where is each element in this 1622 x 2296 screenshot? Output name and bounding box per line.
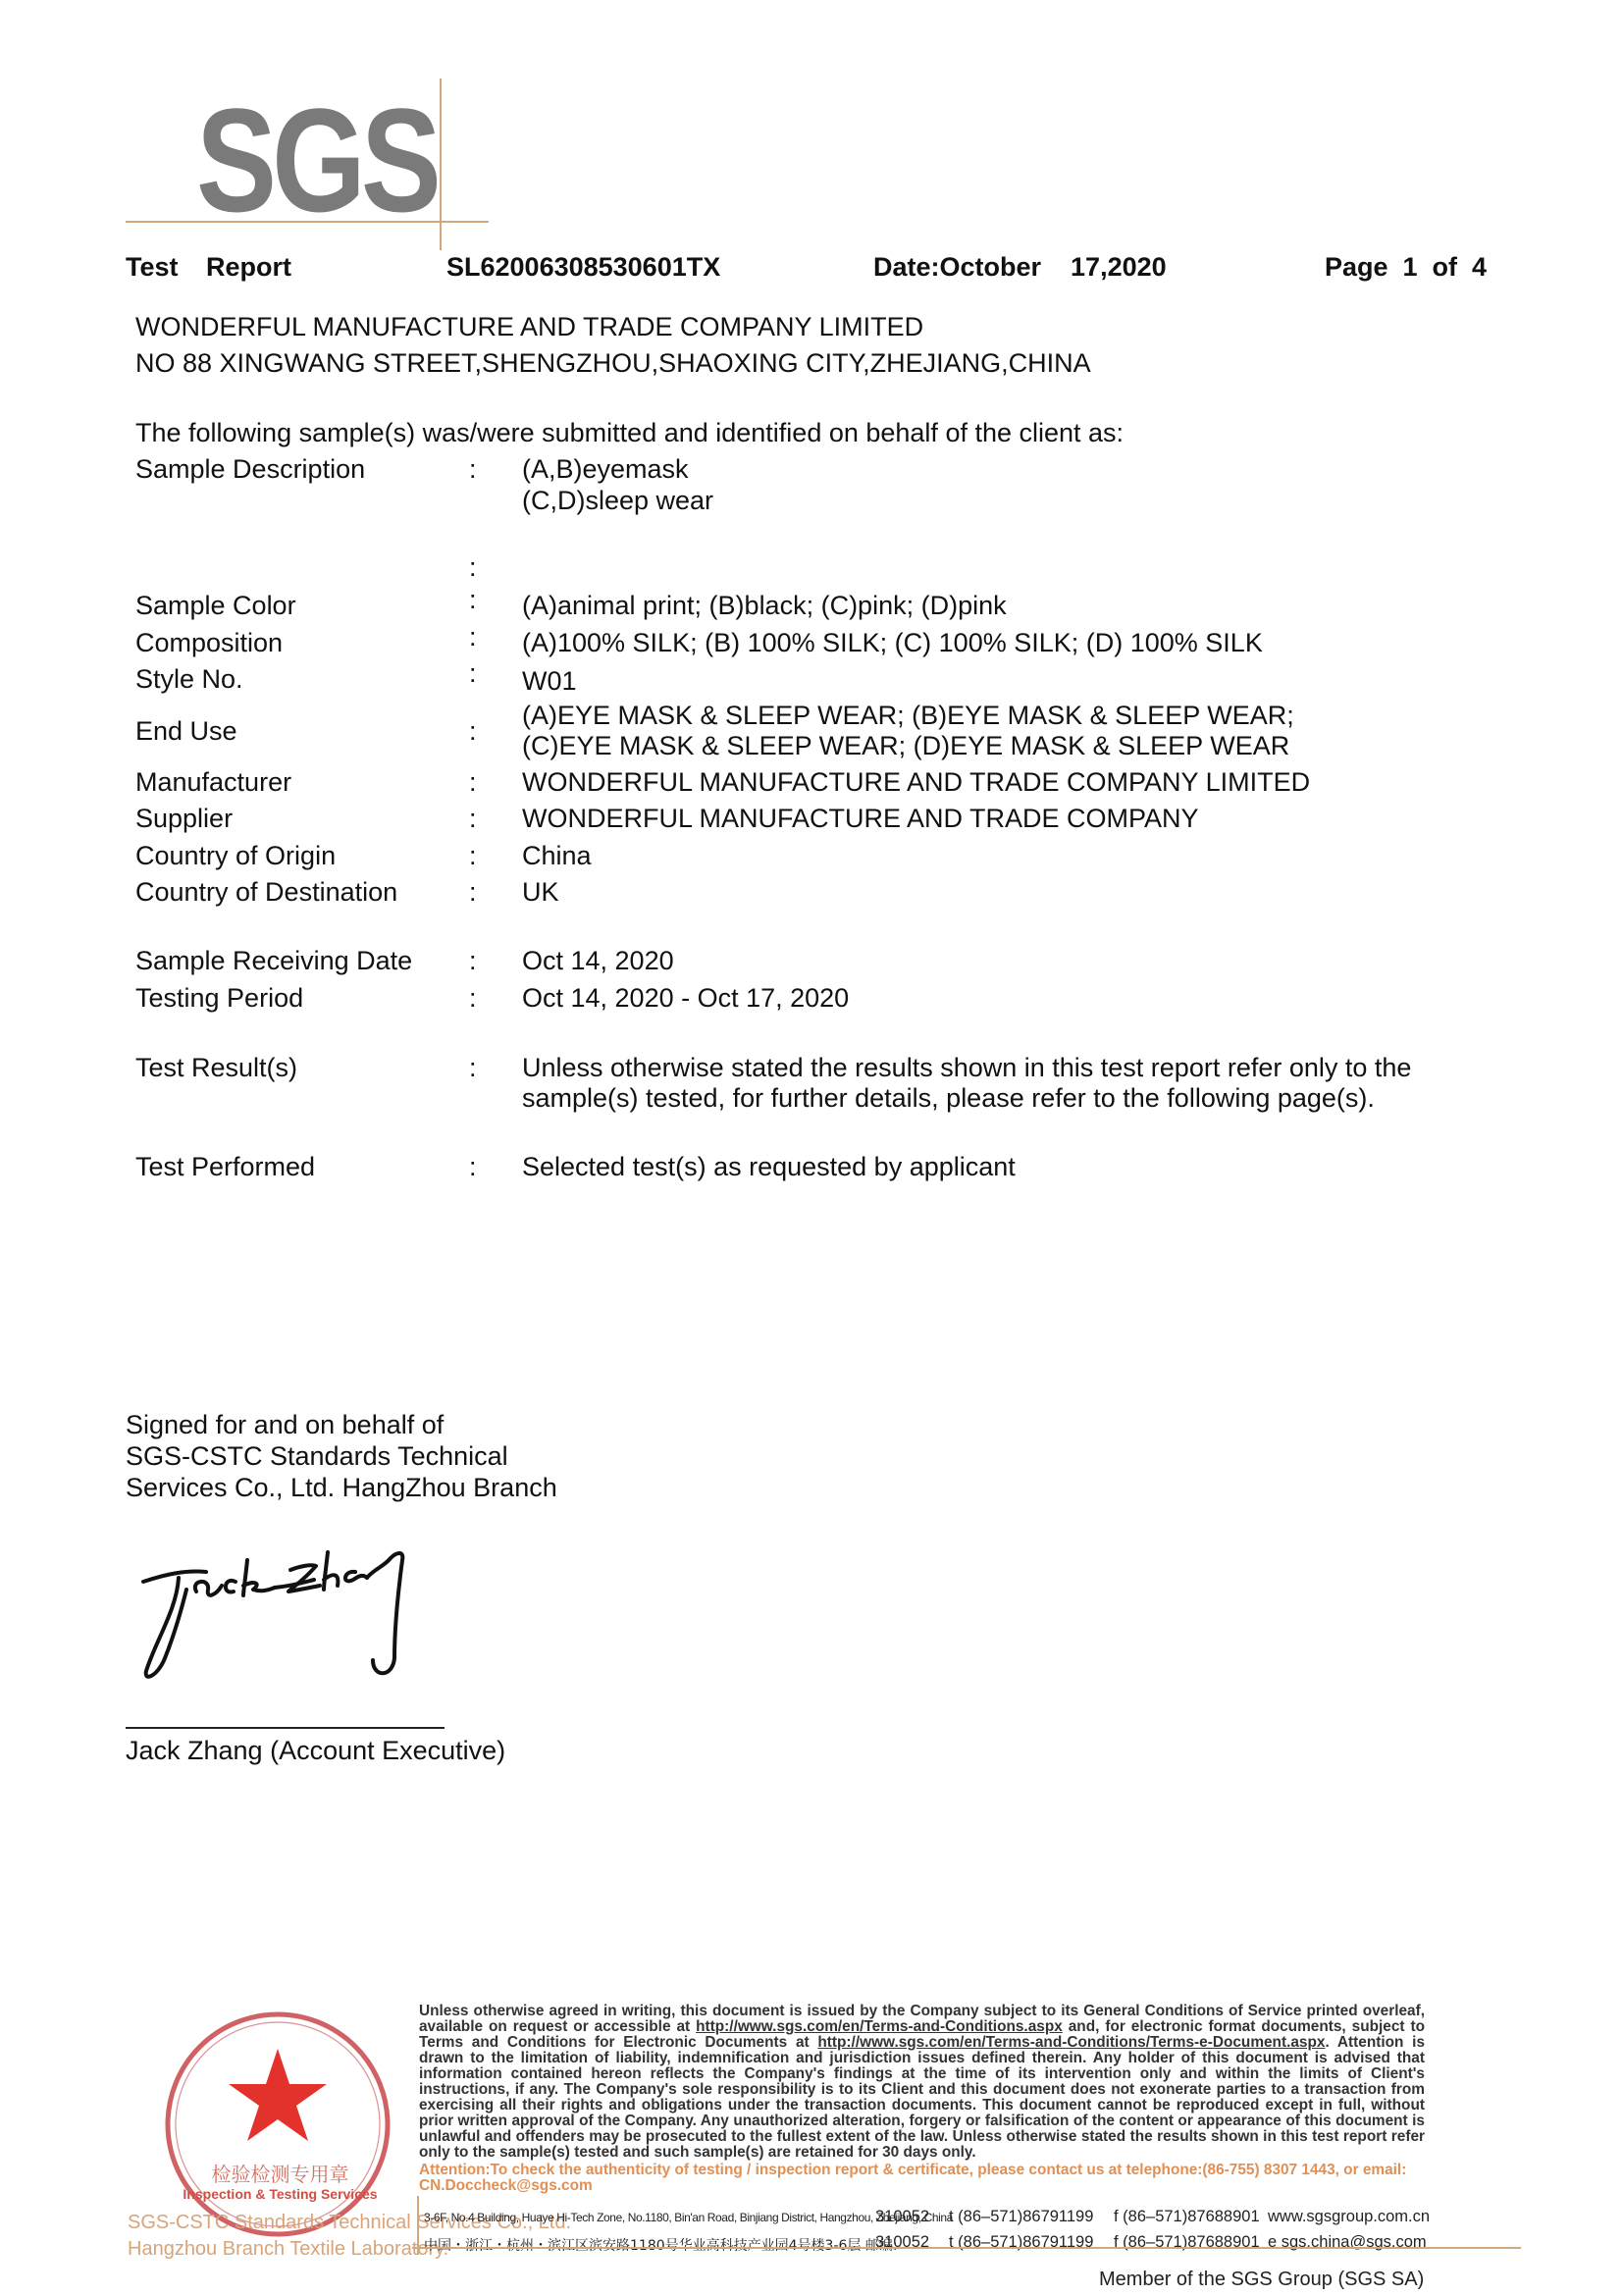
- colon: :: [469, 622, 477, 652]
- terms-and-conditions-link[interactable]: http://www.sgs.com/en/Terms-and-Conditio…: [696, 2018, 1063, 2035]
- seal-text-cn: 检验检测专用章: [175, 2159, 386, 2187]
- label-end-use: End Use: [135, 716, 237, 747]
- value-end-use-1: (A)EYE MASK & SLEEP WEAR; (B)EYE MASK & …: [522, 701, 1294, 731]
- signature-line: [126, 1727, 445, 1729]
- colon: :: [469, 716, 477, 747]
- colon: :: [469, 658, 477, 689]
- logo-horizontal-rule: [126, 221, 489, 223]
- value-testing-period: Oct 14, 2020 - Oct 17, 2020: [522, 983, 849, 1014]
- footer-rule: [412, 2247, 1521, 2249]
- colon: :: [469, 877, 477, 908]
- intro-text: The following sample(s) was/were submitt…: [135, 418, 1124, 448]
- label-composition: Composition: [135, 628, 283, 658]
- colon: :: [469, 1053, 477, 1083]
- label-sample-color: Sample Color: [135, 591, 296, 621]
- phone: t (86–571)86791199: [949, 2208, 1093, 2226]
- lab-caption-2: Hangzhou Branch Textile Laboratory.: [128, 2238, 448, 2261]
- star-icon: [229, 2049, 327, 2141]
- legal-disclaimer: Unless otherwise agreed in writing, this…: [419, 2004, 1425, 2161]
- value-sample-description-2: (C,D)sleep wear: [522, 486, 713, 516]
- colon: :: [469, 552, 477, 583]
- handwritten-signature: [128, 1531, 422, 1697]
- label-country-of-origin: Country of Origin: [135, 841, 336, 871]
- colon: :: [469, 804, 477, 834]
- label-manufacturer: Manufacturer: [135, 767, 291, 798]
- postcode: 310052: [875, 2208, 929, 2226]
- authenticity-notice: Attention:To check the authenticity of t…: [419, 2163, 1425, 2194]
- value-country-of-destination: UK: [522, 877, 559, 908]
- value-sample-description-1: (A,B)eyemask: [522, 454, 689, 485]
- signed-on-behalf-line-2: SGS-CSTC Standards Technical: [126, 1440, 508, 1472]
- address-row-en: 3-6F, No.4 Building, Huaye Hi-Tech Zone,…: [424, 2208, 1435, 2229]
- address-en: 3-6F, No.4 Building, Huaye Hi-Tech Zone,…: [424, 2211, 953, 2224]
- fax-cn: f (86–571)87688901: [1114, 2233, 1260, 2252]
- label-test-results: Test Result(s): [135, 1053, 297, 1083]
- label-test-performed: Test Performed: [135, 1152, 315, 1182]
- logo-vertical-rule: [440, 78, 442, 250]
- label-country-of-destination: Country of Destination: [135, 877, 397, 908]
- report-title-report: Report: [206, 252, 291, 283]
- seal-text-en: Inspection & Testing Services: [165, 2186, 395, 2202]
- colon: :: [469, 1152, 477, 1182]
- report-date: Date:October 17,2020: [873, 252, 1167, 283]
- address-accent-bar: [417, 2196, 419, 2255]
- address-cn: 中国・浙江・杭州・滨江区滨安路1180号华业高科技产业园4号楼3-6层 邮编:: [424, 2235, 898, 2255]
- colon: :: [469, 946, 477, 976]
- phone-cn: t (86–571)86791199: [949, 2233, 1093, 2252]
- terms-e-document-link[interactable]: http://www.sgs.com/en/Terms-and-Conditio…: [817, 2034, 1325, 2051]
- colon: :: [469, 767, 477, 798]
- colon: :: [469, 983, 477, 1014]
- value-sample-receiving-date: Oct 14, 2020: [522, 946, 674, 976]
- client-address: NO 88 XINGWANG STREET,SHENGZHOU,SHAOXING…: [135, 348, 1091, 379]
- email[interactable]: e sgs.china@sgs.com: [1268, 2233, 1427, 2252]
- value-end-use-2: (C)EYE MASK & SLEEP WEAR; (D)EYE MASK & …: [522, 731, 1289, 761]
- signed-on-behalf-line-3: Services Co., Ltd. HangZhou Branch: [126, 1472, 557, 1503]
- colon: :: [469, 585, 477, 615]
- value-supplier: WONDERFUL MANUFACTURE AND TRADE COMPANY: [522, 804, 1199, 834]
- fax: f (86–571)87688901: [1114, 2208, 1260, 2226]
- value-test-results-2: sample(s) tested, for further details, p…: [522, 1083, 1375, 1114]
- sgs-logo: SGS: [196, 86, 437, 234]
- website[interactable]: www.sgsgroup.com.cn: [1268, 2208, 1430, 2226]
- label-style-no: Style No.: [135, 664, 243, 695]
- page-indicator: Page 1 of 4: [1325, 252, 1487, 283]
- legal-text-3: . Attention is drawn to the limitation o…: [419, 2034, 1425, 2161]
- colon: :: [469, 841, 477, 871]
- official-seal-stamp: [155, 2002, 400, 2247]
- value-test-performed: Selected test(s) as requested by applica…: [522, 1152, 1016, 1182]
- label-testing-period: Testing Period: [135, 983, 303, 1014]
- label-sample-description: Sample Description: [135, 454, 365, 485]
- value-test-results-1: Unless otherwise stated the results show…: [522, 1053, 1411, 1083]
- report-title-test: Test: [126, 252, 179, 283]
- address-row-cn: 中国・浙江・杭州・滨江区滨安路1180号华业高科技产业园4号楼3-6层 邮编: …: [424, 2233, 1435, 2255]
- postcode-cn: 310052: [875, 2233, 929, 2252]
- label-sample-receiving-date: Sample Receiving Date: [135, 946, 412, 976]
- signed-on-behalf-line-1: Signed for and on behalf of: [126, 1409, 444, 1440]
- value-style-no: W01: [522, 666, 577, 697]
- value-composition: (A)100% SILK; (B) 100% SILK; (C) 100% SI…: [522, 628, 1263, 658]
- signer-name: Jack Zhang (Account Executive): [126, 1735, 505, 1766]
- value-country-of-origin: China: [522, 841, 592, 871]
- client-name: WONDERFUL MANUFACTURE AND TRADE COMPANY …: [135, 312, 923, 342]
- value-manufacturer: WONDERFUL MANUFACTURE AND TRADE COMPANY …: [522, 767, 1310, 798]
- label-supplier: Supplier: [135, 804, 233, 834]
- sgs-group-membership: Member of the SGS Group (SGS SA): [1099, 2269, 1424, 2291]
- report-number: SL62006308530601TX: [446, 252, 720, 283]
- value-sample-color: (A)animal print; (B)black; (C)pink; (D)p…: [522, 591, 1007, 621]
- colon: :: [469, 454, 477, 485]
